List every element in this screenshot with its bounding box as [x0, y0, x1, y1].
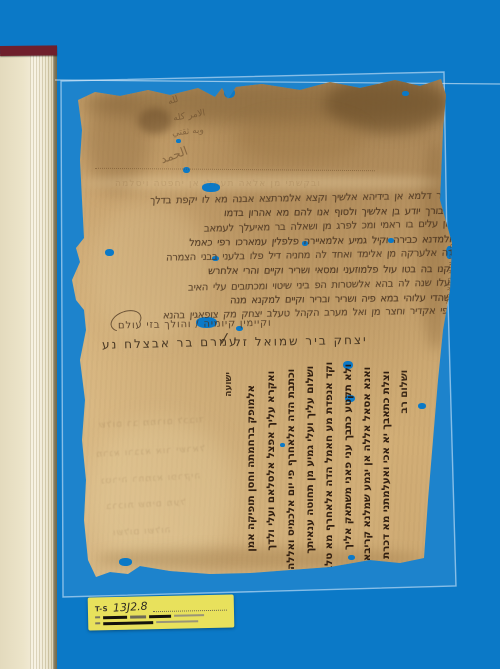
vertical-side-note: ישועה	[224, 372, 234, 430]
scale-segment	[149, 614, 171, 617]
stain-center-top	[235, 115, 365, 163]
witness-signature-left: עמרם בר אבצלח נע	[102, 334, 239, 352]
vertical-text-column: ואנא אסאל אללה אן יגמע שמלנא קריבא	[361, 367, 373, 557]
scale-bar-row	[95, 619, 227, 626]
vertical-text-column: ואקרא עליך אפצל אלסלאם ועלי ולדך	[265, 371, 277, 556]
classmark-prefix: T-S	[95, 605, 108, 613]
manuscript-text-line: הדה אלערקה מן אלימד ואחד לה מחניה דיל פל…	[165, 247, 459, 263]
vertical-text-column: ולא תקטע כתבך עני פאני משתאק אליך	[342, 364, 354, 556]
vertical-text-column: ושלום עליך ועלי גמיע מן תחוטה ענאיתך	[304, 366, 316, 556]
scale-segment	[103, 621, 153, 625]
witness-signature-right: יצחק ביר שמואל זל	[234, 333, 368, 349]
scale-tick	[95, 622, 100, 624]
scale-segment	[130, 615, 146, 618]
scale-tick	[95, 616, 100, 618]
classmark-number: 13J2.8	[113, 601, 148, 614]
vertical-text-column: ושלום רב	[398, 370, 410, 470]
hole	[402, 91, 409, 96]
manuscript-text-line: וקנו בה בטו עול פלמוזעני ומסאי ושריר וקי…	[208, 264, 454, 277]
vertical-text-column: אלמופק ברחמתה וחסן תופיקה אמן	[245, 385, 257, 555]
scale-segment	[156, 620, 198, 623]
classmark-label: T-S 13J2.8	[88, 594, 235, 630]
vertical-text-column: וכתבת הדה אלאחרף פי יום אלכמיס ואללה	[285, 369, 297, 557]
manuscript-text-line: הצר דלמא אן בידיהא אלשיך וקצא אלמרתצא אב…	[149, 190, 453, 206]
vertical-text-column: וצלת כתאבך יא אכי ואעלמתני מא דכרת	[380, 371, 392, 557]
hole	[176, 139, 181, 143]
manuscript-text-line: יכון עלים בו ראמי ומכ לפרג מן ושאלה בר מ…	[204, 218, 455, 234]
vertical-text-column: וקד אנפדת מע חאמל הדה אלאחרף מא טלבת	[323, 362, 335, 557]
scale-segment	[103, 615, 127, 619]
hole	[418, 403, 426, 409]
faded-text-line: ובקשתי מן אלאה תעאלי אן יחפטה ויסלמה	[115, 179, 321, 189]
manuscript-text-line: מבורך יודע בן אלשיך ולסוף אנו להם מא אהר…	[224, 206, 451, 219]
scale-segment	[174, 614, 204, 617]
hole	[119, 558, 132, 566]
manuscript-text-line: שהדי עלוהי במא פיה ושריר ובריר וקיים למק…	[230, 293, 451, 307]
manuscript-photo: لله الامر كله وبه ثقتي الحمد ובקשתי מן א…	[0, 0, 500, 669]
validation-line: וקיימין קיומיה / והולך בזי עולם	[118, 318, 272, 332]
label-dotted-line	[153, 601, 227, 613]
manuscript-text-line: ולמדנא כבירה וקיל גמיע אלמאיירה פלפלין ע…	[188, 234, 451, 249]
stain-spot	[138, 108, 172, 134]
top-jotting: الحمد	[158, 144, 189, 167]
hole	[105, 249, 114, 256]
top-jotting: وبه ثقتي	[172, 125, 205, 138]
manuscript-text-line: פעלו שנה לה בהא אלשטרות הפ ביני שיטוי ומ…	[188, 277, 457, 293]
